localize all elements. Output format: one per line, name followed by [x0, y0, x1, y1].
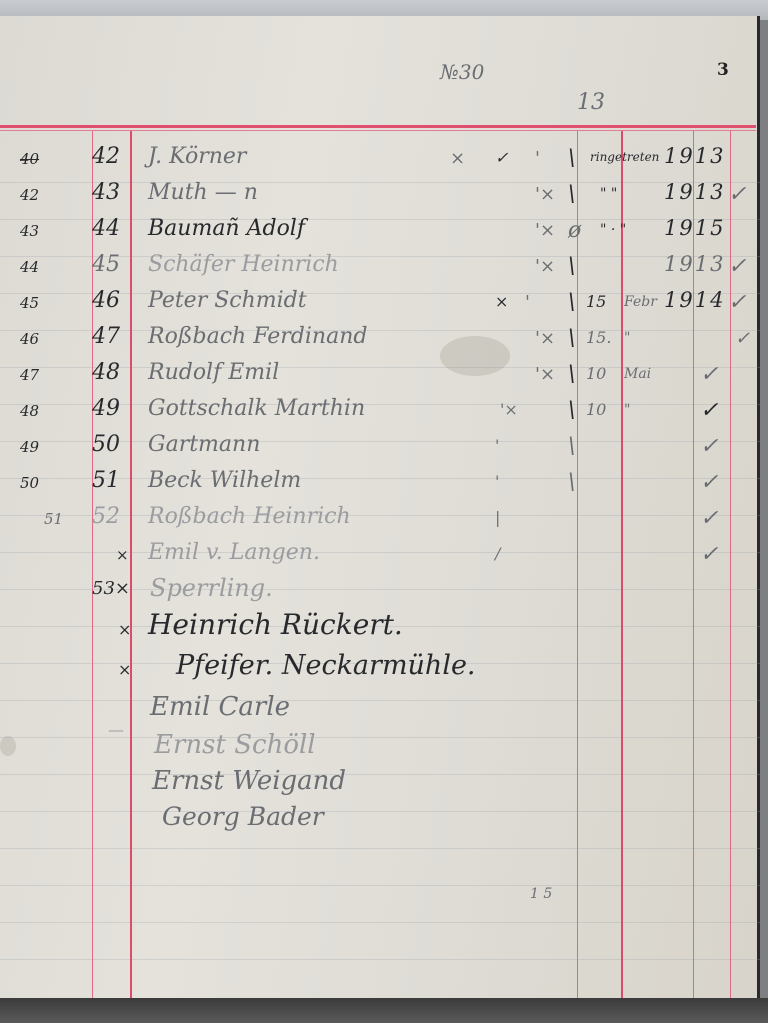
header-note-13: 13: [577, 90, 605, 115]
ledger-row: 46 47 Roßbach Ferdinand '× \ 15. " ✓: [0, 324, 760, 360]
status-slash: \: [568, 434, 575, 459]
entry-mark: 53×: [92, 578, 130, 599]
status-slash: \: [568, 470, 575, 495]
entry-year: 1915: [664, 216, 725, 240]
ledger-row: 42 43 Muth — n '× \ " " 1913 ✓: [0, 180, 760, 216]
entry-day: 15.: [586, 328, 611, 347]
mark-1: ×: [450, 148, 465, 169]
member-name: Emil v. Langen.: [148, 540, 320, 565]
member-name: Peter Schmidt: [148, 288, 307, 313]
additional-entry-name: Pfeifer. Neckarmühle.: [176, 650, 476, 681]
old-number: 46: [20, 330, 70, 348]
ledger-row: 50 51 Beck Wilhelm ' \ ✓: [0, 468, 760, 504]
ledger-row: 43 44 Baumañ Adolf '× ø " · " 1915: [0, 216, 760, 252]
ledger-row: × Emil v. Langen. / ✓: [0, 540, 760, 576]
member-name: Gartmann: [148, 432, 260, 457]
old-number: 44: [20, 258, 70, 276]
check-mark: ✓: [728, 254, 746, 279]
member-number: 44: [92, 216, 132, 241]
check-mark: ✓: [735, 328, 750, 349]
mark-3: '×: [535, 220, 555, 241]
paper-stain: [0, 736, 16, 756]
entry-year: 1913: [664, 252, 725, 276]
entry-year: 1913: [664, 180, 725, 204]
entry-mark: —: [108, 720, 124, 739]
header-note-number: №30: [440, 60, 484, 84]
status-slash: \: [568, 146, 575, 171]
status-slash: \: [568, 398, 575, 423]
old-number: 40: [20, 150, 70, 168]
entry-year: 1913: [664, 144, 725, 168]
old-number: 48: [20, 402, 70, 420]
member-name: Roßbach Ferdinand: [148, 324, 367, 349]
check-mark: ✓: [700, 506, 718, 531]
old-number: 50: [20, 474, 70, 492]
mark-3: '×: [535, 184, 555, 205]
member-name: Beck Wilhelm: [148, 468, 301, 493]
entry-mark: ×: [118, 620, 131, 639]
check-mark: ✓: [728, 182, 746, 207]
ledger-row: 47 48 Rudolf Emil '× \ 10 Mai ✓: [0, 360, 760, 396]
member-name: Roßbach Heinrich: [148, 504, 351, 529]
check-mark: ✓: [700, 542, 718, 567]
old-number: 47: [20, 366, 70, 384]
member-name: Schäfer Heinrich: [148, 252, 339, 277]
status-slash: \: [568, 326, 575, 351]
check-mark: ✓: [700, 470, 718, 495]
member-number: 52: [92, 504, 132, 529]
page-number: 3: [717, 60, 729, 80]
ledger-row: 49 50 Gartmann ' \ ✓: [0, 432, 760, 468]
member-number: 47: [92, 324, 132, 349]
check-mark: ✓: [700, 362, 718, 387]
entry-month: Mai: [624, 366, 651, 382]
member-name: J. Körner: [148, 144, 246, 169]
mark-2: '×: [500, 400, 518, 419]
old-number: 49: [20, 438, 70, 456]
status-slash: ø: [568, 218, 581, 243]
check-mark: ✓: [700, 398, 718, 423]
check-mark: ✓: [728, 290, 746, 315]
additional-entry-name: Sperrling.: [150, 574, 273, 602]
mark-3: '×: [535, 364, 555, 385]
entry-month: Febr: [624, 294, 657, 310]
additional-entry-name: Ernst Weigand: [152, 766, 346, 796]
old-number: 51: [44, 510, 94, 528]
entry-month: " ": [600, 186, 617, 202]
member-name: Baumañ Adolf: [148, 216, 305, 241]
mark-2: /: [495, 544, 500, 563]
mark-2: ×: [495, 292, 508, 311]
background-surface-bottom: [0, 998, 768, 1023]
entry-mark: ×: [118, 660, 131, 679]
additional-entry-name: Ernst Schöll: [154, 730, 316, 760]
entry-day: 10: [586, 364, 606, 383]
header-red-rule: [0, 125, 756, 131]
mark-3: '×: [535, 328, 555, 349]
mark-3: ': [535, 148, 540, 169]
member-number: 45: [92, 252, 132, 277]
mark-3: '×: [535, 256, 555, 277]
check-mark: ✓: [700, 434, 718, 459]
additional-entry-name: Emil Carle: [150, 692, 290, 722]
member-number: 50: [92, 432, 132, 457]
entry-month: ": [624, 402, 630, 418]
old-number: 45: [20, 294, 70, 312]
member-number: 48: [92, 360, 132, 385]
ledger-page: 3 №30 13 40 42 J. Körner × ✓ ' \ ringetr…: [0, 16, 760, 998]
member-name: Muth — n: [148, 180, 258, 205]
entry-month: ": [624, 330, 630, 346]
status-slash: \: [568, 290, 575, 315]
ledger-row: 51 52 Roßbach Heinrich | ✓: [0, 504, 760, 540]
member-number: 43: [92, 180, 132, 205]
status-slash: \: [568, 362, 575, 387]
entry-day: 15: [586, 292, 606, 311]
paper-smudge: [440, 336, 510, 376]
entry-month: ringetreten: [590, 150, 659, 164]
ledger-row: 48 49 Gottschalk Marthin '× \ 10 " ✓: [0, 396, 760, 432]
ledger-row: 40 42 J. Körner × ✓ ' \ ringetreten 1913: [0, 144, 760, 180]
entry-day: 10: [586, 400, 606, 419]
ledger-row: 44 45 Schäfer Heinrich '× \ 1913 ✓: [0, 252, 760, 288]
entry-month: " · ": [600, 222, 626, 238]
member-name: Rudolf Emil: [148, 360, 279, 385]
status-slash: \: [568, 182, 575, 207]
member-number: 46: [92, 288, 132, 313]
bottom-pencil-mark: 1 5: [530, 886, 552, 902]
member-number: 49: [92, 396, 132, 421]
mark-2: ': [495, 436, 499, 455]
member-number: 42: [92, 144, 132, 169]
mark-2: ✓: [495, 148, 508, 167]
status-slash: \: [568, 254, 575, 279]
entry-year: 1914: [664, 288, 725, 312]
member-name: Gottschalk Marthin: [148, 396, 365, 421]
member-number: 51: [92, 468, 132, 493]
old-number: 42: [20, 186, 70, 204]
mark-2: |: [495, 508, 500, 527]
additional-entry-name: Georg Bader: [162, 802, 324, 831]
ledger-row: 45 46 Peter Schmidt × ' \ 15 Febr 1914 ✓: [0, 288, 760, 324]
old-number: 43: [20, 222, 70, 240]
mark-3: ': [525, 292, 530, 313]
additional-entry-name: Heinrich Rückert.: [148, 608, 403, 641]
mark-2: ': [495, 472, 499, 491]
